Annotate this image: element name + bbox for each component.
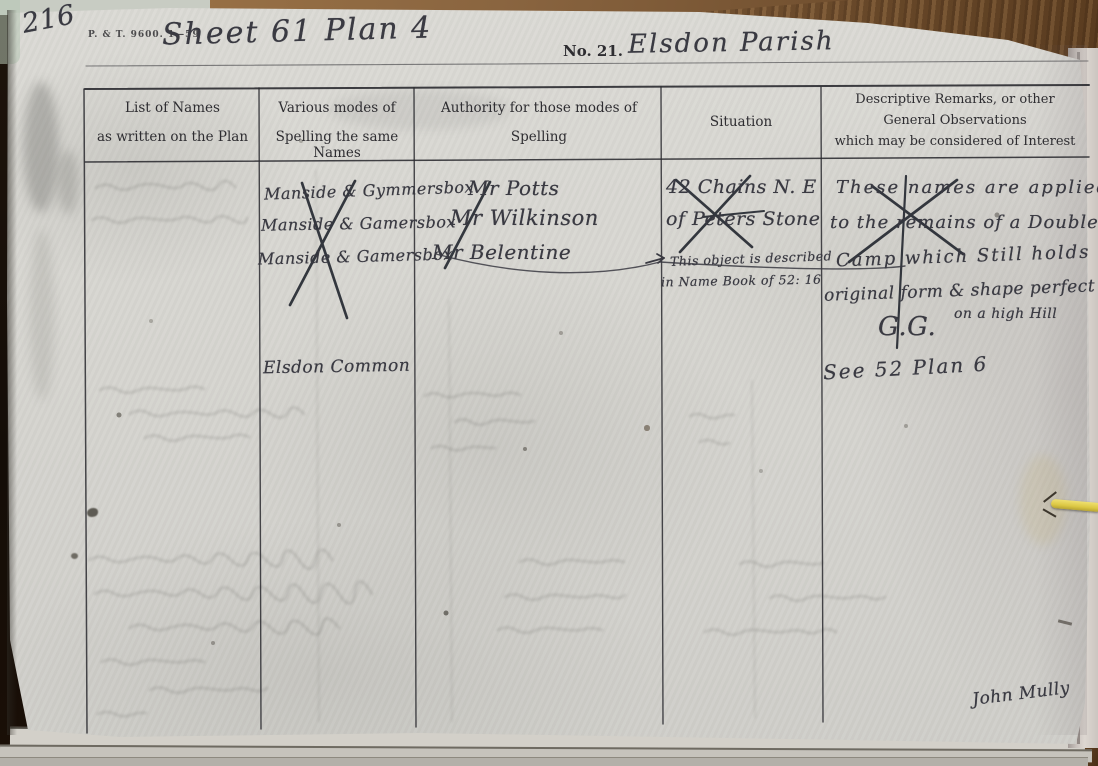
- column-header-authority: Authority for those modes of Spelling: [420, 100, 658, 145]
- header-line: as written on the Plan: [90, 129, 255, 145]
- column-header-names: List of Names as written on the Plan: [90, 100, 255, 145]
- ink-smudge: [24, 82, 58, 212]
- spelling-variant-2: Manside & Gamersbox: [261, 212, 456, 234]
- authority-3: Mr Belentine: [432, 240, 571, 264]
- remark-line-5: on a high Hill: [954, 306, 1057, 322]
- authority-1: Mr Potts: [468, 176, 559, 200]
- header-line: List of Names: [90, 100, 255, 116]
- situation-line-1: 42 Chains N. E: [666, 176, 817, 198]
- remark-line-1: These names are applied: [836, 177, 1098, 198]
- situation-note-line-2: in Name Book of 52: 16: [661, 272, 822, 290]
- column-header-remarks: Descriptive Remarks, or other General Ob…: [826, 92, 1084, 149]
- header-line: Various modes of: [263, 100, 411, 116]
- header-line: Authority for those modes of: [420, 100, 658, 116]
- sheet-plan-title: Sheet 61 Plan 4: [162, 10, 433, 52]
- page-left-shadow: [7, 10, 17, 735]
- header-line: General Observations: [826, 113, 1084, 128]
- header-line: which may be considered of Interest: [826, 134, 1084, 149]
- column-header-spelling-modes: Various modes of Spelling the same Names: [263, 100, 411, 161]
- header-line: Situation: [665, 114, 817, 130]
- column-header-situation: Situation: [665, 114, 817, 130]
- remark-line-2: to the remains of a Double: [830, 212, 1098, 233]
- record-number-label: No. 21.: [563, 42, 623, 60]
- ink-smudge: [58, 150, 78, 214]
- paper-specks: [0, 0, 2, 2]
- header-line: Spelling the same Names: [263, 129, 411, 161]
- parish-name: Elsdon Parish: [628, 26, 835, 60]
- spelling-elsdon-common: Elsdon Common: [263, 356, 411, 379]
- header-line: Spelling: [420, 129, 658, 145]
- situation-line-2: of Peters Stone: [666, 208, 821, 230]
- page-stack-edge: [0, 757, 1088, 766]
- remark-initials: G.G.: [878, 312, 936, 342]
- ink-smudge: [30, 230, 54, 400]
- scanned-name-book-page: 216 P. & T. 9600. 1—59 Sheet 61 Plan 4 N…: [0, 0, 1098, 766]
- header-line: Descriptive Remarks, or other: [826, 92, 1084, 107]
- authority-2: Mr Wilkinson: [450, 206, 599, 230]
- ink-blot: [71, 553, 78, 559]
